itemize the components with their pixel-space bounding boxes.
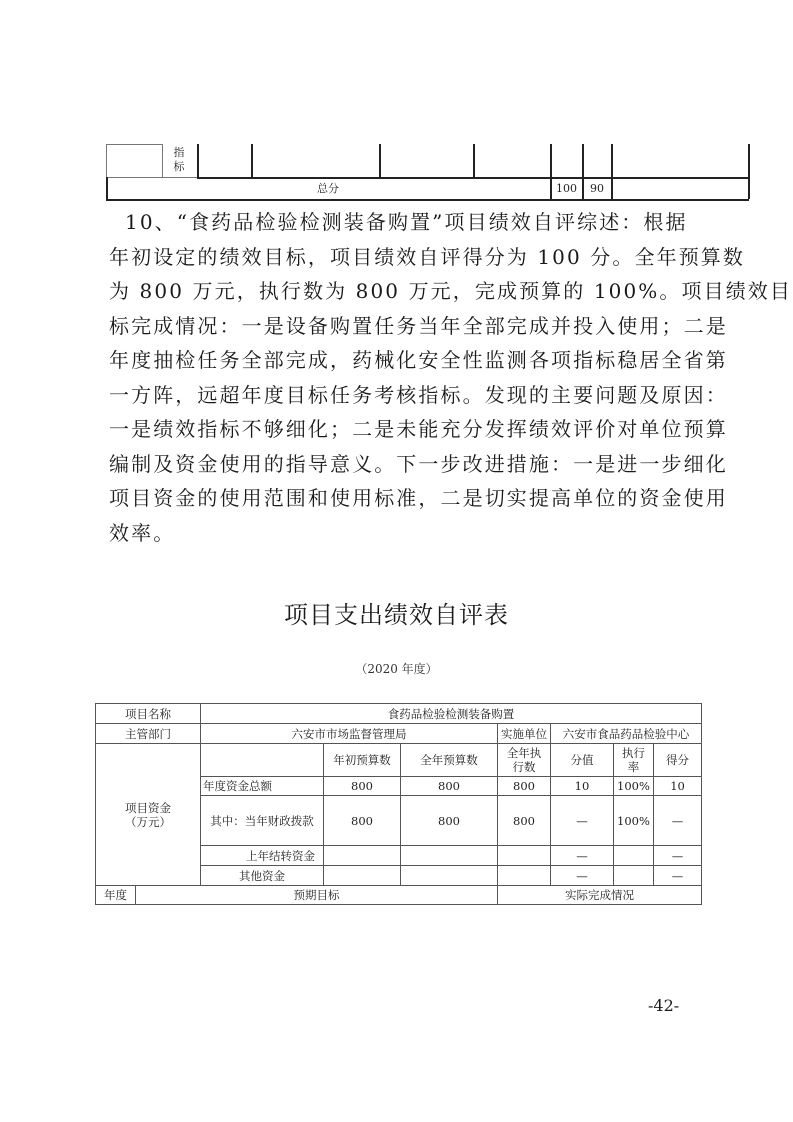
weight: —	[551, 846, 614, 866]
header-annual-executed-text: 全年执行数	[502, 746, 546, 774]
exec-rate	[614, 866, 654, 886]
annual-budget	[401, 866, 498, 886]
table-subtitle: （2020 年度）	[0, 660, 793, 677]
indicator-char-2: 标	[172, 160, 186, 174]
paragraph-line: 10、“食药品检验检测装备购置”项目绩效自评综述：根据	[109, 205, 691, 240]
header-exec-rate: 执行率	[614, 744, 654, 777]
project-name-value: 食药品检验检测装备购置	[201, 704, 702, 724]
paragraph-line: 编制及资金使用的指导意义。下一步改进措施：一是进一步细化	[109, 447, 691, 482]
initial-budget	[324, 866, 401, 886]
summary-paragraph: 10、“食药品检验检测装备购置”项目绩效自评综述：根据 年初设定的绩效目标，项目…	[109, 205, 691, 550]
paragraph-line: 项目资金的使用范围和使用标准，二是切实提高单位的资金使用	[109, 481, 691, 516]
paragraph-line: 为 800 万元，执行数为 800 万元，完成预算的 100%。项目绩效目	[109, 274, 691, 309]
annual-budget: 800	[401, 777, 498, 796]
row-label: 其他资金	[201, 866, 324, 886]
exec-rate: 100%	[614, 796, 654, 846]
header-blank	[201, 744, 324, 777]
funds-unit-text: （万元）	[98, 815, 198, 829]
page-number: -42-	[648, 996, 679, 1015]
paragraph-line: 一方阵，远超年度目标任务考核指标。发现的主要问题及原因：	[109, 378, 691, 413]
table-border	[748, 144, 750, 199]
dept-value: 六安市市场监督管理局	[201, 724, 498, 744]
score: —	[654, 866, 702, 886]
indicator-label-vertical: 指 标	[172, 146, 186, 174]
department-row: 主管部门 六安市市场监督管理局 实施单位 六安市食品药品检验中心	[96, 724, 702, 744]
table-border	[106, 144, 162, 145]
annual-executed: 800	[498, 796, 551, 846]
annual-executed	[498, 846, 551, 866]
table-border	[197, 144, 199, 177]
total-label: 总分	[106, 182, 550, 195]
impl-unit-value: 六安市食品药品检验中心	[551, 724, 702, 744]
table-border	[379, 144, 381, 177]
table-border	[473, 144, 475, 177]
table-title: 项目支出绩效自评表	[0, 595, 793, 630]
row-label: 年度资金总额	[201, 777, 324, 796]
table-border	[106, 199, 749, 201]
paragraph-line: 效率。	[109, 516, 691, 551]
total-full-score: 100	[551, 182, 582, 195]
header-initial-budget: 年初预算数	[324, 744, 401, 777]
indicator-char-1: 指	[172, 146, 186, 160]
performance-evaluation-table: 项目名称 食药品检验检测装备购置 主管部门 六安市市场监督管理局 实施单位 六安…	[95, 703, 702, 905]
paragraph-line: 年初设定的绩效目标，项目绩效自评得分为 100 分。全年预算数	[109, 240, 691, 275]
annual-budget	[401, 846, 498, 866]
table-border	[162, 144, 163, 177]
header-score: 得分	[654, 744, 702, 777]
annual-budget: 800	[401, 796, 498, 846]
score: —	[654, 796, 702, 846]
year-label: 年度	[96, 886, 136, 905]
table-border	[251, 144, 253, 177]
funds-label: 项目资金 （万元）	[96, 744, 201, 886]
funds-header-row: 项目资金 （万元） 年初预算数 全年预算数 全年执行数 分值 执行率 得分	[96, 744, 702, 777]
table-border	[197, 177, 749, 179]
paragraph-line: 年度抽检任务全部完成，药械化安全性监测各项指标稳居全省第	[109, 343, 691, 378]
table-border	[106, 177, 197, 178]
exec-rate: 100%	[614, 777, 654, 796]
row-label: 其中：当年财政拨款	[201, 796, 324, 846]
annual-executed	[498, 866, 551, 886]
project-name-label: 项目名称	[96, 704, 201, 724]
expected-goal-label: 预期目标	[136, 886, 498, 905]
initial-budget: 800	[324, 777, 401, 796]
initial-budget: 800	[324, 796, 401, 846]
header-annual-executed: 全年执行数	[498, 744, 551, 777]
initial-budget	[324, 846, 401, 866]
score: 10	[654, 777, 702, 796]
total-score: 90	[583, 182, 611, 195]
weight: 10	[551, 777, 614, 796]
project-name-row: 项目名称 食药品检验检测装备购置	[96, 704, 702, 724]
annual-executed: 800	[498, 777, 551, 796]
header-weight: 分值	[551, 744, 614, 777]
paragraph-line: 一是绩效指标不够细化；二是未能充分发挥绩效评价对单位预算	[109, 412, 691, 447]
impl-unit-label: 实施单位	[498, 724, 551, 744]
paragraph-line: 标完成情况：一是设备购置任务当年全部完成并投入使用；二是	[109, 309, 691, 344]
header-exec-rate-text: 执行率	[622, 746, 646, 774]
header-annual-budget: 全年预算数	[401, 744, 498, 777]
weight: —	[551, 866, 614, 886]
actual-completion-label: 实际完成情况	[498, 886, 702, 905]
weight: —	[551, 796, 614, 846]
score: —	[654, 846, 702, 866]
row-label: 上年结转资金	[201, 846, 324, 866]
table-border	[611, 144, 613, 199]
exec-rate	[614, 846, 654, 866]
goals-header-row: 年度 预期目标 实际完成情况	[96, 886, 702, 905]
table-border	[106, 144, 107, 177]
dept-label: 主管部门	[96, 724, 201, 744]
funds-label-text: 项目资金	[98, 801, 198, 815]
